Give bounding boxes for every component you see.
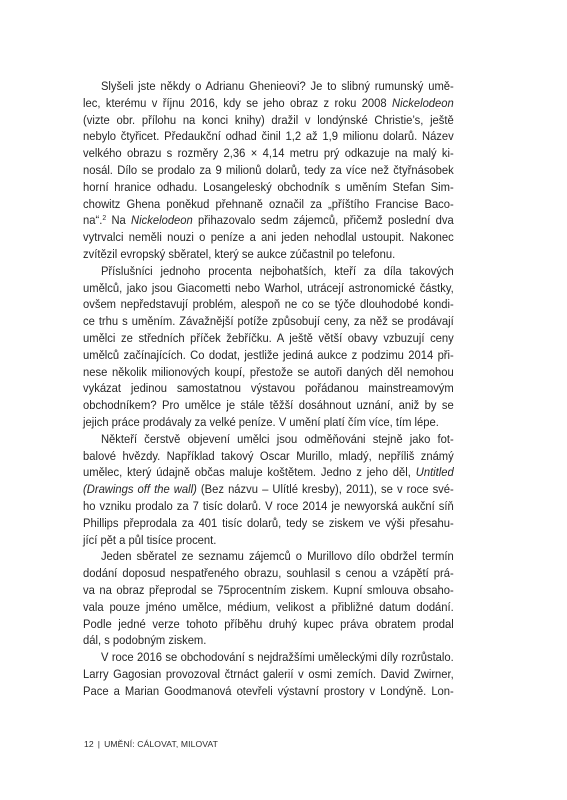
paragraph: Někteří čerstvě objevení umělci jsou odm… bbox=[83, 431, 454, 549]
page-footer: 12|UMĚNÍ: CÁLOVAT, MILOVAT bbox=[84, 738, 218, 750]
text-line: nebylo čtyřicet. Předaukční odhad činil … bbox=[83, 128, 454, 145]
text-line: velkého obrazu s rozměry 2,36 × 4,14 met… bbox=[83, 145, 454, 162]
text-line: Podle jedné verze tohoto příběhu druhý k… bbox=[83, 616, 454, 633]
text-segment: umělec, který údajně občas maluje koštět… bbox=[83, 465, 416, 479]
book-page: Slyšeli jste někdy o Adrianu Ghenieovi? … bbox=[0, 0, 567, 800]
text-line: Larry Gagosian provozoval čtrnáct galeri… bbox=[83, 666, 454, 683]
paragraph: Příslušníci jednoho procenta nejbohatšíc… bbox=[83, 263, 454, 431]
text-line: Phillips přeprodala za 401 tisíc dolarů,… bbox=[83, 515, 454, 532]
text-line: na“.2 Na Nickelodeon přihazovalo sedm zá… bbox=[83, 212, 454, 229]
text-line: Někteří čerstvě objevení umělci jsou odm… bbox=[83, 431, 454, 448]
text-line: V roce 2016 se obchodování s nejdražšími… bbox=[83, 649, 454, 666]
text-segment: (Bez názvu – Ulítlé kresby), 2011), se v… bbox=[197, 482, 454, 496]
text-segment: lec, kterému v říjnu 2016, kdy se jeho o… bbox=[83, 96, 392, 110]
text-line: lec, kterému v říjnu 2016, kdy se jeho o… bbox=[83, 95, 454, 112]
running-title: UMĚNÍ: CÁLOVAT, MILOVAT bbox=[104, 739, 218, 749]
text-line: vykázat jedinou samostatnou výstavou poř… bbox=[83, 380, 454, 397]
text-line: Slyšeli jste někdy o Adrianu Ghenieovi? … bbox=[83, 78, 454, 95]
text-line: zvítězil evropský sběratel, který se auk… bbox=[83, 246, 454, 263]
text-line: chowitz Ghena poněkud přehnaně označil z… bbox=[83, 196, 454, 213]
text-line: Pace a Marian Goodmanová otevřeli výstav… bbox=[83, 683, 454, 700]
text-line: vytrvalci neměli nouzi o peníze a ani je… bbox=[83, 229, 454, 246]
text-line: umělec, který údajně občas maluje koštět… bbox=[83, 464, 454, 481]
text-line: umělci ze středních příček žebříčku. A j… bbox=[83, 330, 454, 347]
text-line: dodání doposud nespatřeného obrazu, souh… bbox=[83, 565, 454, 582]
text-line: umělců, jako jsou Giacometti nebo Warhol… bbox=[83, 280, 454, 297]
italic-title: Untitled bbox=[416, 465, 454, 479]
text-line: Jeden sběratel ze seznamu zájemců o Muri… bbox=[83, 548, 454, 565]
text-line: dál, s podobným ziskem. bbox=[83, 632, 454, 649]
page-number: 12 bbox=[84, 739, 94, 749]
body-text: Slyšeli jste někdy o Adrianu Ghenieovi? … bbox=[83, 78, 454, 699]
italic-title: Nickelodeon bbox=[392, 96, 454, 110]
text-line: jejich práce prodávaly za velké peníze. … bbox=[83, 414, 454, 431]
text-line: (Drawings off the wall) (Bez názvu – Ulí… bbox=[83, 481, 454, 498]
text-segment: na“. bbox=[83, 213, 102, 227]
text-segment: Na bbox=[106, 213, 131, 227]
text-line: Příslušníci jednoho procenta nejbohatšíc… bbox=[83, 263, 454, 280]
paragraph: Jeden sběratel ze seznamu zájemců o Muri… bbox=[83, 548, 454, 649]
text-line: vala pouze jméno umělce, médium, velikos… bbox=[83, 599, 454, 616]
text-line: umělců začínajících. Co dodat, jestliže … bbox=[83, 347, 454, 364]
text-line: obchodníkem? Pro umělce je stále těžší d… bbox=[83, 397, 454, 414]
italic-title: Nickelodeon bbox=[131, 213, 193, 227]
italic-title: (Drawings off the wall) bbox=[83, 482, 197, 496]
text-line: va na obraz přeprodal se 75procentním zi… bbox=[83, 582, 454, 599]
text-line: ho vzniku prodalo za 7 tisíc dolarů. V r… bbox=[83, 498, 454, 515]
text-segment: přihazovalo sedm zájemců, přičemž posled… bbox=[193, 213, 454, 227]
text-line: horní hranice odhadu. Losangeleský obcho… bbox=[83, 179, 454, 196]
footer-separator: | bbox=[98, 738, 100, 750]
text-line: ce trhu s uměním. Závažnější potíže způs… bbox=[83, 313, 454, 330]
text-line: jící pět a půl tisíce procent. bbox=[83, 532, 454, 549]
text-line: balové hvězdy. Například takový Oscar Mu… bbox=[83, 448, 454, 465]
text-line: (vizte obr. přílohu na konci knihy) draž… bbox=[83, 112, 454, 129]
text-line: ovšem nepředstavují problém, alespoň ne … bbox=[83, 296, 454, 313]
text-line: nosál. Dílo se prodalo za 9 milionů dola… bbox=[83, 162, 454, 179]
paragraph: Slyšeli jste někdy o Adrianu Ghenieovi? … bbox=[83, 78, 454, 263]
text-line: nese několik milionových koupí, přestože… bbox=[83, 364, 454, 381]
paragraph: V roce 2016 se obchodování s nejdražšími… bbox=[83, 649, 454, 699]
